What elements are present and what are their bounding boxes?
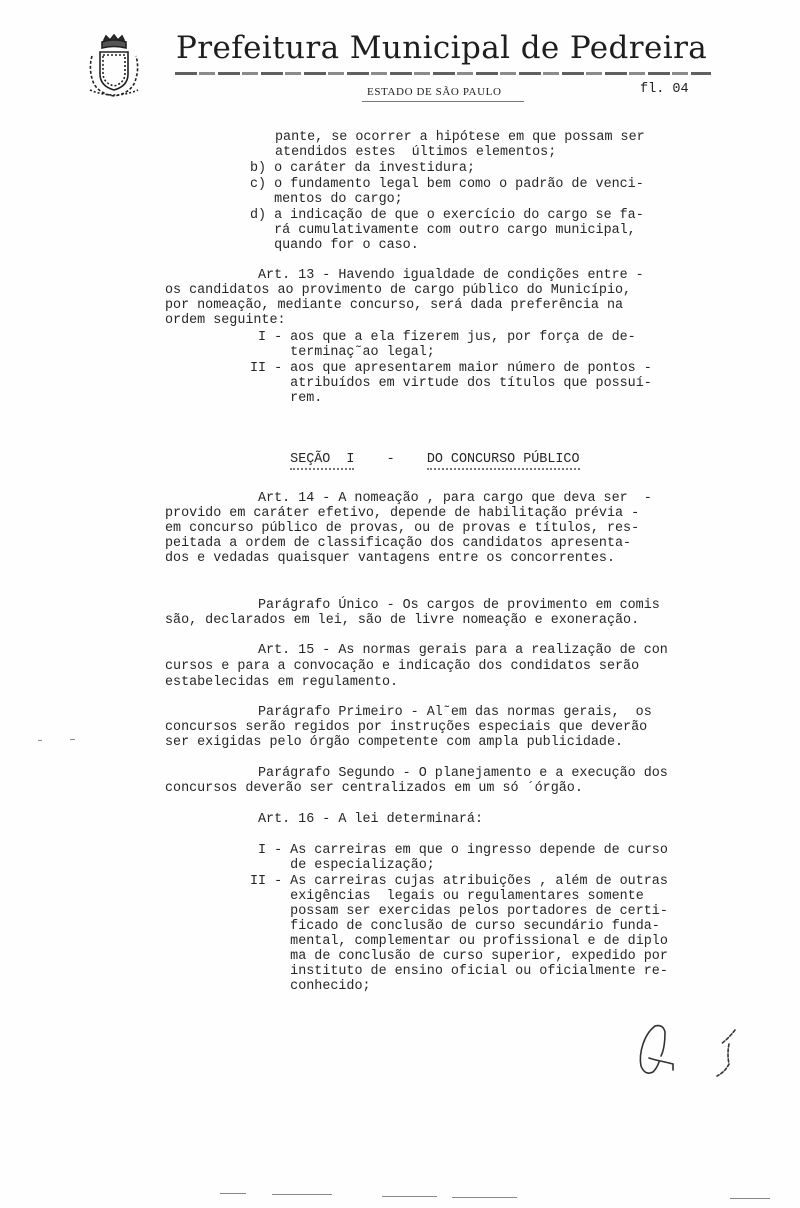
section-dash: -: [387, 452, 395, 467]
article-13: Art. 13 - Havendo igualdade de condições…: [258, 268, 644, 284]
text-line: ser exigidas pelo órgão competente com a…: [165, 735, 623, 751]
text-line: possam ser exercidas pelos portadores de…: [250, 904, 668, 920]
article-16: Art. 16 - A lei determinará:: [258, 812, 483, 828]
text-line: instituto de ensino oficial ou oficialme…: [250, 964, 668, 980]
section-heading: SEÇÃO I - DO CONCURSO PÚBLICO: [258, 437, 580, 485]
list-item-c: c) o fundamento legal bem como o padrão …: [250, 177, 644, 193]
text-line: rá cumulativamente com outro cargo munic…: [250, 223, 636, 239]
title-divider: [175, 72, 711, 75]
coat-of-arms-icon: [84, 34, 144, 100]
text-line: rem.: [250, 391, 322, 407]
paragrafo-primeiro: Parágrafo Primeiro - Al˜em das normas ge…: [258, 705, 652, 721]
text-line: em concurso público de provas, ou de pro…: [165, 521, 639, 537]
handwritten-initials-icon: [625, 1018, 765, 1088]
article-16-item-i: I - As carreiras em que o ingresso depen…: [250, 843, 668, 859]
text-line: ma de conclusão de curso superior, exped…: [250, 949, 668, 965]
page-number: fl. 04: [640, 82, 689, 97]
state-underline: [362, 101, 524, 102]
section-number: SEÇÃO I: [290, 452, 354, 470]
state-subtitle: ESTADO DE SÃO PAULO: [367, 86, 501, 98]
text-line: concursos serão regidos por instruções e…: [165, 720, 647, 736]
text-line: terminaç˜ao legal;: [250, 345, 435, 361]
text-line: atribuídos em virtude dos títulos que po…: [250, 376, 652, 392]
text-line: mentos do cargo;: [250, 192, 403, 208]
article-16-item-ii: II - As carreiras cujas atribuições , al…: [250, 874, 668, 890]
text-line: provido em caráter efetivo, depende de h…: [165, 506, 639, 522]
text-line: dos e vedadas quaisquer vantagens entre …: [165, 551, 615, 567]
text-line: pante, se ocorrer a hipótese em que poss…: [275, 130, 645, 146]
text-line: são, declarados em lei, são de livre nom…: [165, 613, 639, 629]
article-14: Art. 14 - A nomeação , para cargo que de…: [258, 491, 652, 507]
scan-artifact: [38, 740, 42, 741]
text-line: exigências legais ou regulamentares some…: [250, 889, 644, 905]
paragrafo-unico: Parágrafo Único - Os cargos de proviment…: [258, 598, 660, 614]
text-line: os candidatos ao provimento de cargo púb…: [165, 283, 631, 299]
municipality-title: Prefeitura Municipal de Pedreira: [176, 30, 707, 66]
text-line: concursos deverão ser centralizados em u…: [165, 781, 583, 797]
scan-artifact: [382, 1196, 437, 1197]
article-13-item-i: I - aos que a ela fizerem jus, por força…: [250, 330, 636, 346]
scan-artifact: [452, 1197, 517, 1198]
text-line: atendidos estes últimos elementos;: [275, 145, 556, 161]
text-line: conhecido;: [250, 979, 371, 995]
text-line: cursos e para a convocação e indicação d…: [165, 659, 639, 675]
text-line: estabelecidas em regulamento.: [165, 675, 398, 691]
article-13-item-ii: II - aos que apresentarem maior número d…: [250, 361, 652, 377]
section-title: DO CONCURSO PÚBLICO: [427, 452, 580, 470]
text-line: ficado de conclusão de curso secundário …: [250, 919, 660, 935]
text-line: de especialização;: [250, 858, 435, 874]
scan-artifact: [70, 739, 75, 740]
scan-artifact: [272, 1194, 332, 1195]
text-line: peitada a ordem de classificação dos can…: [165, 536, 631, 552]
list-item-d: d) a indicação de que o exercício do car…: [250, 208, 644, 224]
text-line: quando for o caso.: [250, 238, 419, 254]
text-line: ordem seguinte:: [165, 313, 286, 329]
document-page: Prefeitura Municipal de Pedreira ESTADO …: [0, 0, 800, 1208]
scan-artifact: [730, 1198, 770, 1199]
list-item-b: b) o caráter da investidura;: [250, 161, 475, 177]
text-line: por nomeação, mediante concurso, será da…: [165, 298, 623, 314]
paragrafo-segundo: Parágrafo Segundo - O planejamento e a e…: [258, 766, 668, 782]
text-line: mental, complementar ou profissional e d…: [250, 934, 668, 950]
scan-artifact: [220, 1193, 246, 1194]
article-15: Art. 15 - As normas gerais para a realiz…: [258, 643, 668, 659]
